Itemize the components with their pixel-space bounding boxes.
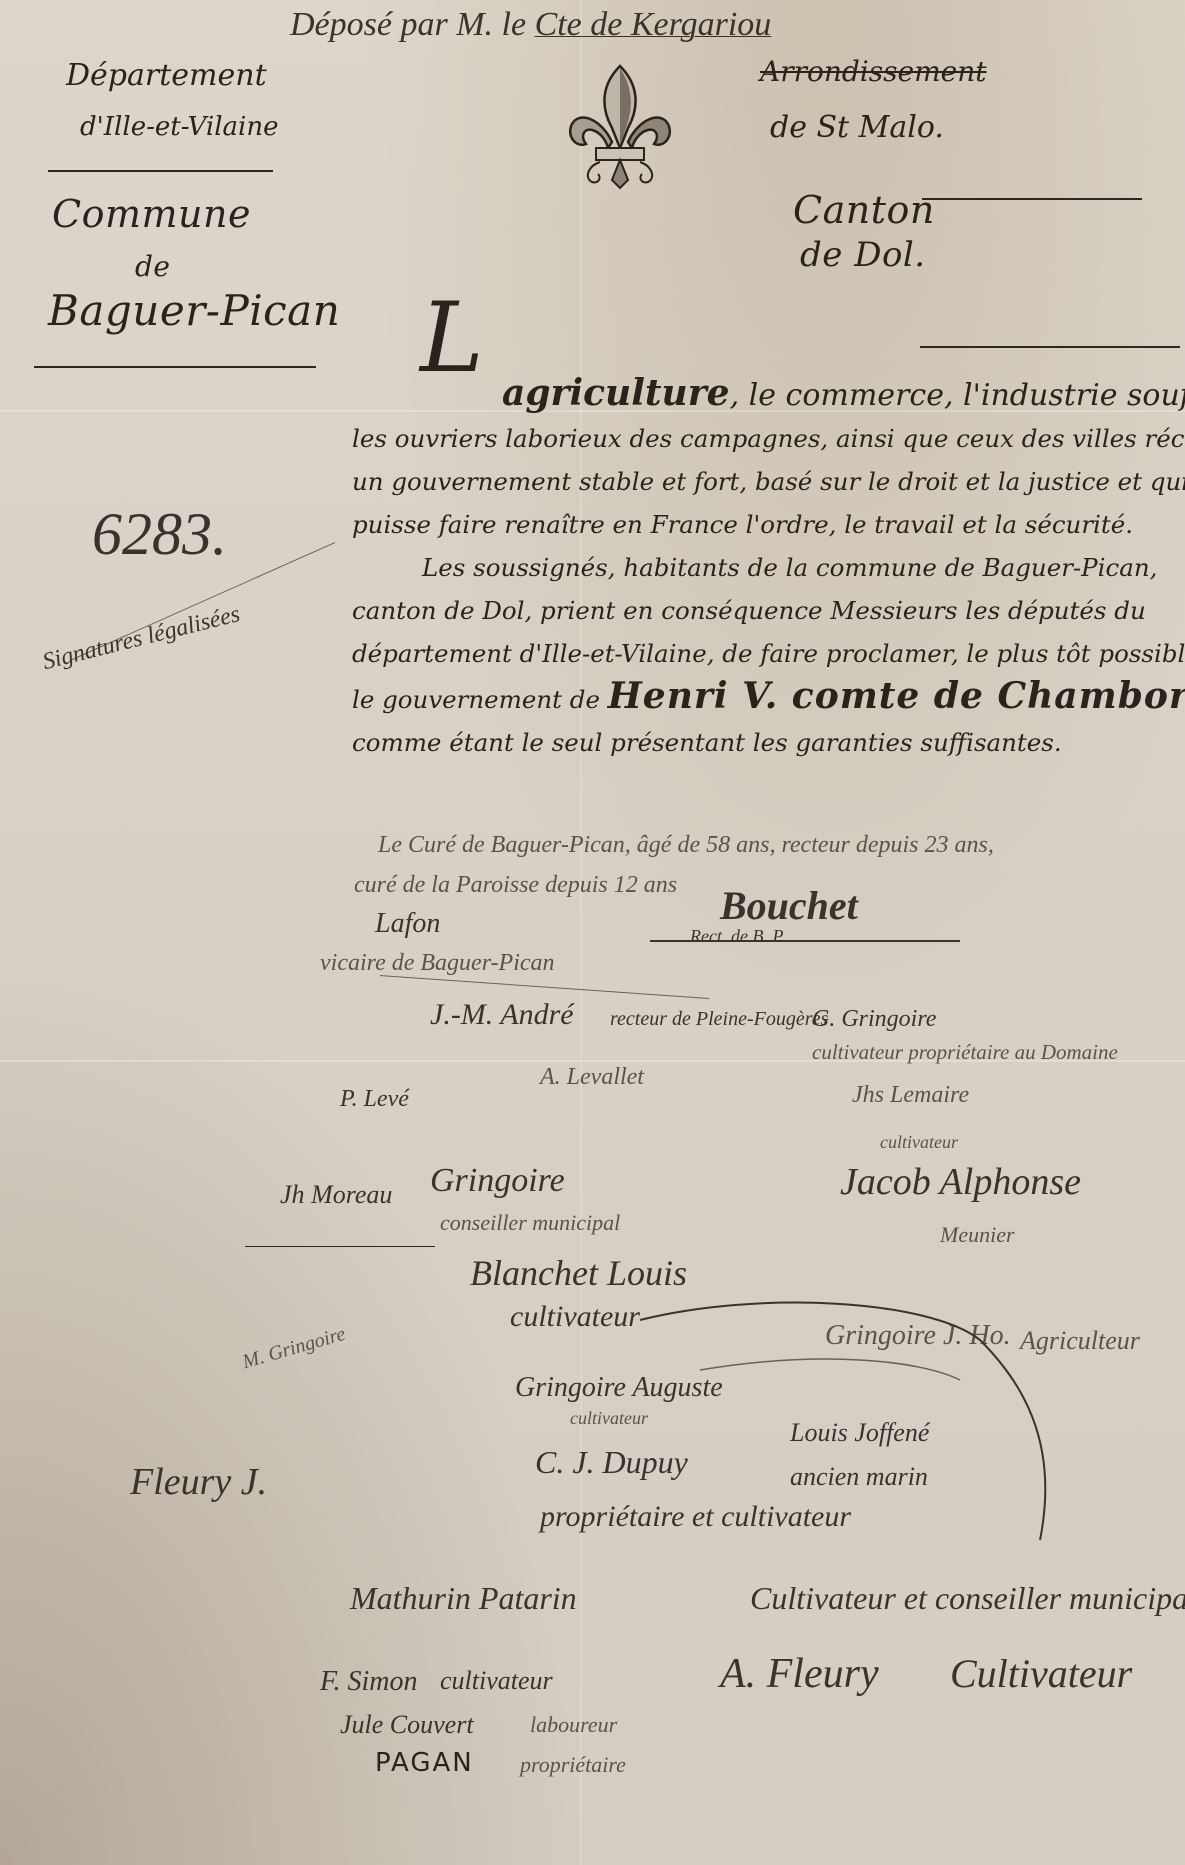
signature-name: F. Simon: [320, 1666, 418, 1698]
divider: [920, 346, 1180, 348]
signature-name: A. Fleury: [720, 1650, 879, 1698]
signature-title: Cultivateur: [950, 1650, 1132, 1697]
petition-line: le gouvernement de Henri V. comte de Cha…: [352, 675, 1172, 721]
petition-line: les ouvriers laborieux des campagnes, ai…: [352, 417, 1172, 460]
divider: [922, 198, 1142, 200]
signature-title: cultivateur propriétaire au Domaine: [812, 1040, 1118, 1065]
signature-title: recteur de Pleine-Fougères: [610, 1008, 828, 1031]
petition-line: un gouvernement stable et fort, basé sur…: [352, 460, 1172, 503]
commune-name: Baguer-Pican: [48, 286, 340, 335]
signature-name: Jhs Lemaire: [852, 1082, 969, 1109]
depositor-name: Cte de Kergariou: [535, 6, 772, 43]
arrondissement-title: Arrondissement: [760, 55, 986, 88]
commune-title: Commune: [52, 192, 251, 236]
petition-line: agriculture, le commerce, l'industrie so…: [352, 372, 1172, 417]
petition-line: canton de Dol, prient en conséquence Mes…: [352, 589, 1172, 632]
arrondissement-name: de St Malo.: [770, 110, 944, 145]
petition-line: puisse faire renaître en France l'ordre,…: [352, 503, 1172, 546]
canton-name: de Dol.: [800, 235, 926, 275]
legalization-note: Signatures légalisées: [40, 601, 243, 676]
signature-flourish: [600, 1280, 1160, 1560]
commune-de: de: [135, 250, 171, 283]
signature-title: laboureur: [530, 1712, 617, 1738]
cure-signature: Bouchet: [720, 882, 858, 929]
signature-title: cultivateur: [880, 1132, 958, 1153]
signature-name: Lafon: [375, 908, 440, 940]
divider: [34, 366, 316, 368]
signature-title: Meunier: [940, 1222, 1015, 1248]
signature-flourish: [650, 940, 960, 942]
signature-name: Gringoire: [430, 1162, 565, 1200]
signature-name: A. Levallet: [540, 1064, 644, 1091]
petition-line: Les soussignés, habitants de la commune …: [352, 546, 1172, 589]
fleur-de-lis-icon: [560, 62, 680, 192]
signature-name: Jule Couvert: [340, 1710, 474, 1740]
signature-name: J.-M. André: [430, 998, 574, 1032]
department-name: d'Ille-et-Vilaine: [80, 112, 279, 142]
fold-line: [580, 0, 582, 1865]
signature-title: vicaire de Baguer-Pican: [320, 950, 555, 977]
department-title: Département: [66, 58, 267, 93]
divider: [245, 1246, 435, 1247]
canton-title: Canton: [793, 188, 935, 232]
divider: [48, 170, 273, 172]
petition-line: comme étant le seul présentant les garan…: [352, 721, 1172, 764]
cure-signature-title: Rect. de B. P.: [690, 926, 786, 947]
claimant-name: Henri V. comte de Chambord: [608, 675, 1185, 717]
signature-name: M. Gringoire: [240, 1323, 348, 1374]
cure-statement-line2: curé de la Paroisse depuis 12 ans: [354, 872, 677, 899]
signature-name: P. Levé: [340, 1086, 409, 1113]
signature-name: Mathurin Patarin: [350, 1580, 577, 1617]
petition-document: Déposé par M. le Cte de Kergariou Départ…: [0, 0, 1185, 1865]
signature-name: Jh Moreau: [280, 1180, 392, 1210]
signature-name: Jacob Alphonse: [840, 1160, 1081, 1204]
signature-title: cultivateur: [440, 1666, 553, 1696]
cure-statement-line1: Le Curé de Baguer-Pican, âgé de 58 ans, …: [378, 832, 994, 859]
petition-text: agriculture, le commerce, l'industrie so…: [352, 372, 1172, 764]
underline-stroke: [380, 975, 709, 999]
signature-title: Cultivateur et conseiller municipal: [750, 1580, 1185, 1617]
signature-title: propriétaire: [520, 1752, 626, 1778]
petition-line: département d'Ille-et-Vilaine, de faire …: [352, 632, 1172, 675]
signature-name: Fleury J.: [130, 1460, 267, 1504]
signature-title: conseiller municipal: [440, 1210, 620, 1236]
signature-name: G. Gringoire: [812, 1006, 936, 1033]
signature-name: PAGAN: [375, 1748, 474, 1778]
deposit-note: Déposé par M. le Cte de Kergariou: [290, 6, 771, 44]
reference-number: 6283.: [92, 500, 227, 569]
